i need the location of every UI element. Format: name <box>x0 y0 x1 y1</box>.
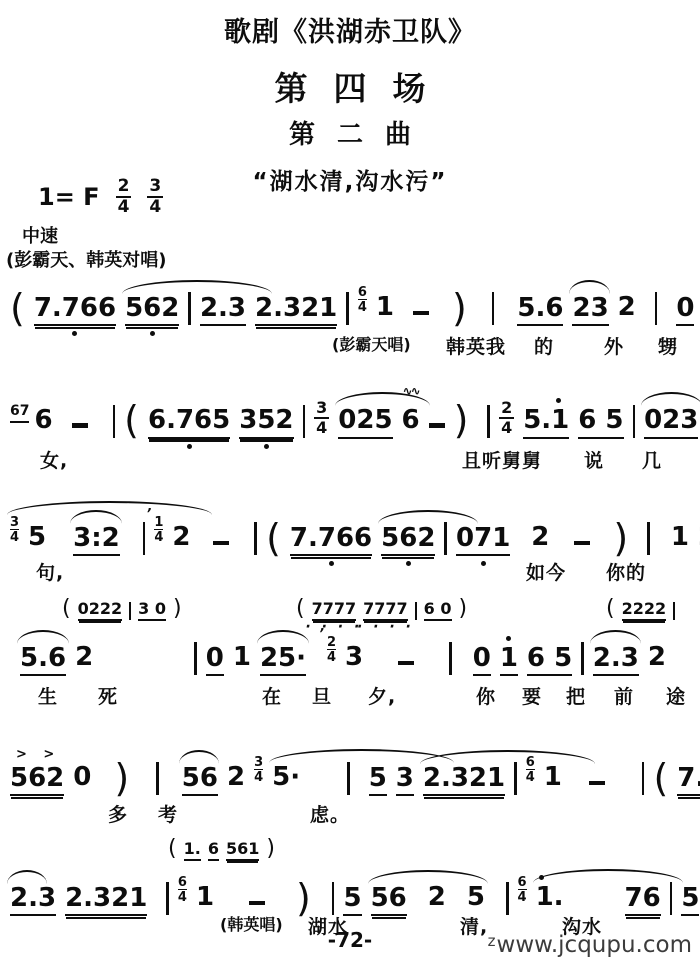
note-token: 1 <box>671 524 689 556</box>
barline <box>492 292 495 325</box>
barline <box>254 522 257 555</box>
note-token: 2.321 <box>423 765 505 797</box>
lyric-syllable: 的 <box>534 332 554 359</box>
lyric-syllable: 把 <box>566 682 586 709</box>
duration-dash <box>429 423 445 428</box>
music-line-1: (7.7665622.32.321641)5.6232051(彭霸天唱)韩英我的… <box>10 286 696 326</box>
barline <box>514 762 517 795</box>
bracket: ) <box>452 292 467 326</box>
barline <box>655 292 658 325</box>
note-token: 023 <box>644 407 698 439</box>
barline <box>415 602 417 620</box>
octave-dot <box>256 327 336 329</box>
note-token: 6 <box>34 407 52 439</box>
slur <box>257 630 309 644</box>
octave-dot <box>506 636 511 641</box>
note-token: 2.321 <box>255 295 337 327</box>
lyrics-row: 多考虑。 <box>10 800 696 826</box>
time-signature: 34 <box>314 400 329 437</box>
slur <box>641 392 700 406</box>
ts-numerator: 6 <box>518 876 527 889</box>
slur <box>420 750 595 764</box>
lyric-syllable: 外 <box>604 332 624 359</box>
ts-denominator: 4 <box>10 529 19 544</box>
ornament-figure: (2222 <box>606 600 675 621</box>
duration-dash <box>398 661 414 666</box>
staccato-dots: · · · · <box>305 620 362 634</box>
note-token: 025 <box>338 407 392 439</box>
octave-dot <box>11 797 63 799</box>
lyric-syllable: 如今 <box>526 558 566 585</box>
bracket: ) <box>114 762 129 796</box>
tie-tick: ’ <box>146 508 151 521</box>
lyric-syllable: 韩英我 <box>446 332 506 359</box>
note-token: 1 <box>233 644 251 676</box>
note-token: 6 5 <box>578 407 623 439</box>
note-token: 7.766 <box>290 525 372 557</box>
notes-row: 5.620125·24’3016 52.32 <box>10 636 696 676</box>
notes-row: 2.32.321641)55625641.7655642 <box>10 876 696 916</box>
barline <box>670 882 673 915</box>
notes-row: (7.7665622.32.321641)5.6232051 <box>10 286 696 326</box>
note-token: 2222 <box>622 601 667 621</box>
barline <box>332 882 335 915</box>
barline <box>166 882 169 915</box>
mordent-icon: ∿∿ <box>403 385 419 397</box>
score-body: (7.7665622.32.321641)5.6232051(彭霸天唱)韩英我的… <box>0 0 700 972</box>
time-signature: 64 <box>518 876 527 904</box>
accent-icon: > > <box>16 748 60 761</box>
note-token: 2 <box>618 294 636 326</box>
barline <box>487 405 490 438</box>
note-token: 2.3 <box>593 645 639 677</box>
note-token: 6∿∿ <box>402 407 420 439</box>
barline <box>633 405 636 438</box>
note-token: 5 <box>28 524 46 556</box>
ts-denominator: 4 <box>518 889 527 904</box>
note-token: 2 <box>172 524 190 556</box>
barline <box>449 642 452 675</box>
note-token: 6 <box>208 841 219 861</box>
note-token: 562 <box>125 295 179 327</box>
note-token: 7.766 <box>677 765 700 797</box>
ts-numerator: 2 <box>501 400 512 417</box>
bracket: ( <box>168 840 177 861</box>
note-token: 6 5 <box>527 645 572 677</box>
slur <box>7 870 47 884</box>
note-token: 071 <box>456 525 510 557</box>
ts-numerator: 6 <box>178 876 187 889</box>
note-token: 2 <box>227 764 245 796</box>
note-token: 25· <box>260 645 306 677</box>
bracket: ) <box>459 600 468 621</box>
duration-dash <box>213 541 229 546</box>
barline <box>143 522 146 555</box>
lyric-syllable: 几 <box>642 446 662 473</box>
lyric-syllable: 你的 <box>606 558 646 585</box>
bracket: ( <box>606 600 615 621</box>
lyric-syllable: 虑。 <box>310 800 350 827</box>
lyric-syllable: 旦 <box>312 682 332 709</box>
notes-row: 562> >0)562345·532.321641(7.766562 <box>10 756 696 796</box>
slur <box>122 280 272 294</box>
watermark-logo: z <box>488 932 496 950</box>
time-signature: 64 <box>178 876 187 904</box>
note-token: 6 0 <box>424 601 452 621</box>
bracket: ( <box>296 600 305 621</box>
staccato-dots: · · · · <box>357 620 414 634</box>
lyrics-row: 句,如今你的 <box>10 558 696 584</box>
barline <box>188 292 191 325</box>
octave-dot <box>623 621 666 623</box>
note-token: 23 <box>572 295 608 327</box>
barline <box>581 642 584 675</box>
music-line-5: 562> >0)562345·532.321641(7.766562多考虑。 <box>10 756 696 796</box>
time-signature: 24 <box>499 400 514 437</box>
note-token: 0 <box>676 295 694 327</box>
note-token: 7777· · · · <box>363 601 408 621</box>
barline <box>113 405 116 438</box>
barline <box>194 642 197 675</box>
barline <box>347 762 350 795</box>
octave-dot <box>227 861 258 863</box>
ts-denominator: 4 <box>314 417 329 437</box>
lyrics-row: 女,且听舅舅说几 <box>10 446 696 472</box>
lyric-syllable: 要 <box>522 682 542 709</box>
duration-dash <box>589 781 605 786</box>
bracket: ) <box>613 522 628 556</box>
ts-denominator: 4 <box>358 299 367 314</box>
note-token: 5.6 <box>20 645 66 677</box>
ts-numerator: 3 <box>254 756 263 769</box>
ts-denominator: 4 <box>499 417 514 437</box>
note-token: 3 0 <box>138 601 166 621</box>
note-token: 352 <box>239 407 293 439</box>
lyric-syllable: 死 <box>98 682 118 709</box>
note-token: 3 <box>345 644 363 676</box>
lyric-syllable: (彭霸天唱) <box>332 332 411 355</box>
lyric-syllable: 甥 <box>658 332 678 359</box>
bracket: ) <box>173 600 182 621</box>
note-token: 56 <box>182 765 218 797</box>
slur <box>179 750 220 764</box>
barline <box>444 522 447 555</box>
time-signature: 64 <box>526 756 535 784</box>
note-token: 1 <box>544 764 562 796</box>
ts-denominator: 4 <box>178 889 187 904</box>
note-token: 0 <box>206 645 224 677</box>
octave-dot <box>424 797 504 799</box>
slur <box>378 510 478 524</box>
time-signature: 64 <box>358 286 367 314</box>
slur <box>533 869 683 883</box>
octave-dot <box>79 621 122 623</box>
music-line-4: 5.620125·24’3016 52.32(02223 0)(7777· · … <box>10 636 696 676</box>
ornament-figure: (02223 0) <box>62 600 182 621</box>
lyric-syllable: 夕, <box>368 682 396 709</box>
slur <box>569 280 610 294</box>
note-token: 1. <box>184 841 201 861</box>
watermark: zwww.jcqupu.com <box>488 932 692 958</box>
note-token: 0 <box>73 764 91 796</box>
time-signature: 24’ <box>327 636 336 664</box>
grace-notes: 67 <box>10 403 29 423</box>
note-token: 562> > <box>10 765 64 797</box>
music-line-2: 676(6.765352340256∿∿)245.16 502312女,且听舅舅… <box>10 400 696 439</box>
note-token: 6.765 <box>148 407 230 439</box>
slur <box>590 630 642 644</box>
ts-numerator: 2 <box>327 636 336 649</box>
music-line-6: 2.32.321641)55625641.7655642(1.6561)(韩英唱… <box>10 876 696 916</box>
barline <box>303 405 306 438</box>
barline <box>506 882 509 915</box>
ts-denominator: 4 <box>526 769 535 784</box>
ts-denominator: 4 <box>327 649 336 664</box>
duration-dash <box>574 541 590 546</box>
lyric-syllable: 你 <box>476 682 496 709</box>
lyric-syllable: 女, <box>40 446 68 473</box>
ts-numerator: 6 <box>358 286 367 299</box>
ts-numerator: 3 <box>10 516 19 529</box>
note-token: 3 <box>396 765 414 797</box>
bracket: ( <box>10 292 25 326</box>
lyric-syllable: 途 <box>666 682 686 709</box>
ornament-figure: (7777· · · ·7777· · · ·6 0) <box>296 600 467 621</box>
barline <box>673 602 675 620</box>
ts-numerator: 6 <box>526 756 535 769</box>
barline <box>346 292 349 325</box>
lyric-syllable: 说 <box>584 446 604 473</box>
note-token: 561 <box>226 841 259 861</box>
octave-dot <box>240 439 292 441</box>
ts-numerator: 1 <box>154 516 163 529</box>
bracket: ) <box>266 840 275 861</box>
bracket: ( <box>653 762 668 796</box>
note-token: 0222 <box>78 601 123 621</box>
ts-denominator: 4 <box>254 769 263 784</box>
lyrics-row: 生死在旦夕,你要把前途 <box>10 682 696 708</box>
lyric-syllable: 在 <box>262 682 282 709</box>
music-line-3: 3453:214’2(7.7665620712)12∿∿1 2句,如今你的 <box>10 516 696 556</box>
note-token: 1 <box>500 645 518 677</box>
note-token: 1 <box>376 294 394 326</box>
lyric-syllable: 前 <box>614 682 634 709</box>
score-page: 歌剧《洪湖赤卫队》 第四场 第二曲 “湖水清,沟水污” 1= F 2 4 3 4… <box>0 0 700 972</box>
bracket: ) <box>296 882 311 916</box>
barline <box>129 602 131 620</box>
bracket: ( <box>124 404 139 438</box>
note-token: 0 <box>473 645 491 677</box>
octave-dot <box>556 398 561 403</box>
duration-dash <box>249 901 265 906</box>
note-token: 2 <box>648 644 666 676</box>
note-token: 2 <box>75 644 93 676</box>
notes-row: 3453:214’2(7.7665620712)12∿∿1 2 <box>10 516 696 556</box>
barline <box>647 522 650 555</box>
barline <box>156 762 159 795</box>
lyric-syllable: 考 <box>158 800 178 827</box>
notes-row: 676(6.765352340256∿∿)245.16 502312 <box>10 400 696 439</box>
note-token: 2 <box>531 524 549 556</box>
duration-dash <box>413 311 429 316</box>
bracket: ) <box>454 404 469 438</box>
lyric-syllable: 多 <box>108 800 128 827</box>
note-token: 3:2 <box>73 525 120 557</box>
note-token: 5· <box>272 764 300 796</box>
octave-dot <box>678 797 700 799</box>
bracket: ( <box>266 522 281 556</box>
note-token: 562 <box>381 525 435 557</box>
note-token: 2.3 <box>200 295 246 327</box>
octave-dot <box>35 327 115 329</box>
note-token: 5 <box>369 765 387 797</box>
barline <box>642 762 645 795</box>
time-signature: 14’ <box>154 516 163 544</box>
octave-dot <box>126 327 178 329</box>
slur <box>17 630 69 644</box>
ts-numerator: 3 <box>316 400 327 417</box>
bracket: ( <box>62 600 71 621</box>
watermark-text: www.jcqupu.com <box>497 932 692 958</box>
lyric-syllable: 句, <box>36 558 64 585</box>
time-signature: 34 <box>254 756 263 784</box>
octave-dot <box>149 439 229 441</box>
note-token: 5.6 <box>517 295 563 327</box>
note-token: 7777· · · · <box>312 601 357 621</box>
lyrics-row: (彭霸天唱)韩英我的外甥 <box>10 332 696 358</box>
ts-denominator: 4 <box>154 529 163 544</box>
note-token: 7.766 <box>34 295 116 327</box>
ornament-figure: (1.6561) <box>168 840 275 861</box>
note-token: 5.1 <box>523 407 569 439</box>
duration-dash <box>72 423 88 428</box>
lyric-syllable: 且听舅舅 <box>462 446 542 473</box>
lyric-syllable: 生 <box>38 682 58 709</box>
time-signature: 34 <box>10 516 19 544</box>
